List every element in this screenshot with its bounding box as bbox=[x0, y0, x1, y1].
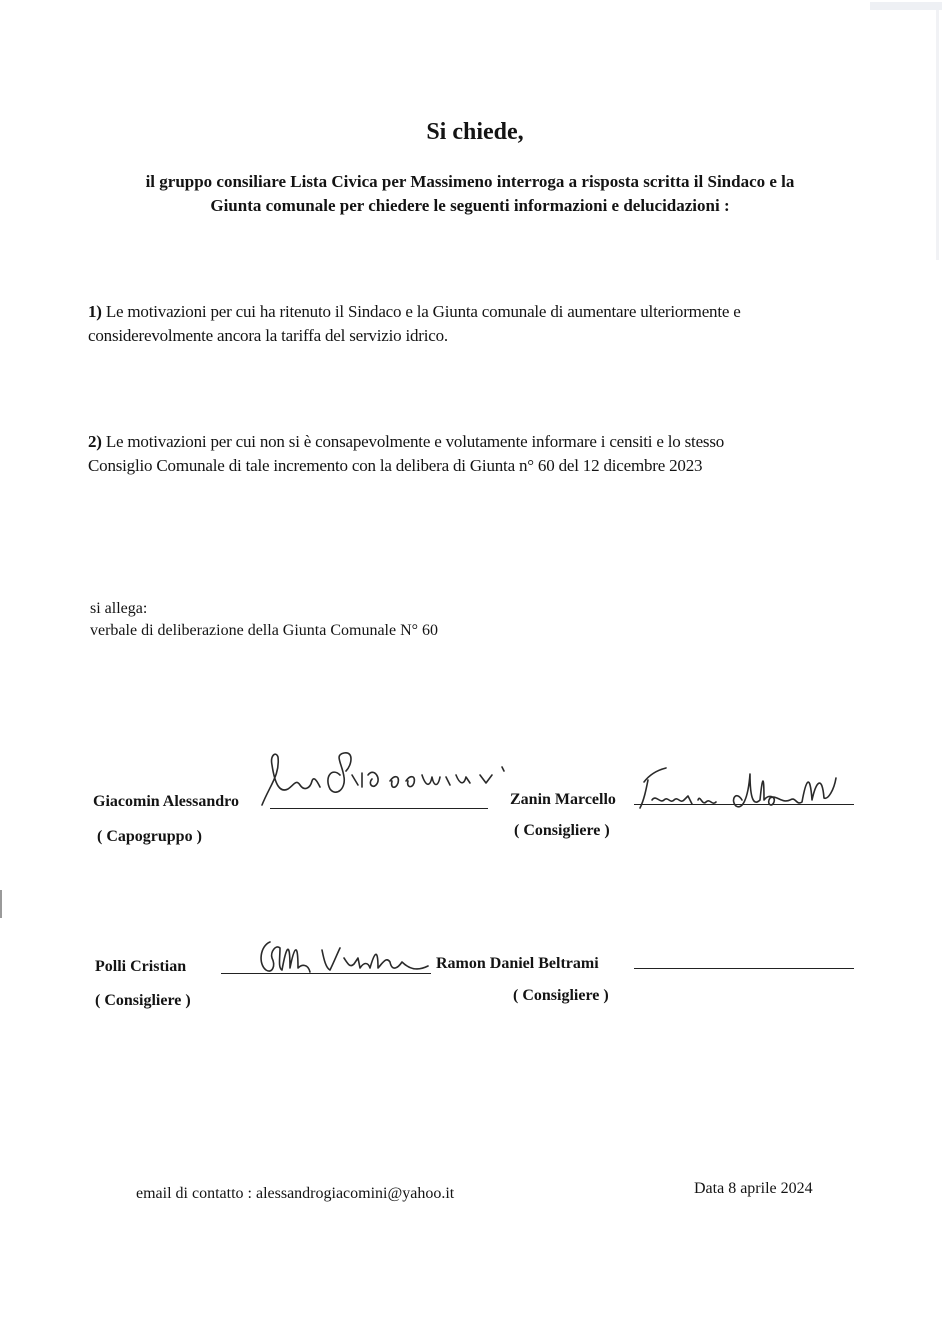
attachment-text: verbale di deliberazione della Giunta Co… bbox=[90, 620, 438, 642]
question-1-number: 1) bbox=[88, 302, 102, 321]
signatory-1-name: Giacomin Alessandro bbox=[93, 793, 239, 811]
signature-3-scribble bbox=[250, 928, 440, 983]
signatory-4-name: Ramon Daniel Beltrami bbox=[436, 955, 599, 973]
signatory-3-name: Polli Cristian bbox=[95, 958, 186, 976]
signatory-1-role: ( Capogruppo ) bbox=[97, 828, 202, 846]
signature-2-scribble bbox=[630, 760, 860, 820]
signatory-2-role: ( Consigliere ) bbox=[514, 822, 610, 840]
document-title: Si chiede, bbox=[0, 119, 950, 146]
signatory-4-role: ( Consigliere ) bbox=[513, 987, 609, 1005]
signatory-2-name: Zanin Marcello bbox=[510, 791, 616, 809]
scan-artifact-left bbox=[0, 890, 2, 918]
scan-artifact-top bbox=[870, 2, 942, 10]
document-date: Data 8 aprile 2024 bbox=[694, 1180, 813, 1198]
question-1-line-1: Le motivazioni per cui ha ritenuto il Si… bbox=[102, 302, 741, 321]
intro-line-2: Giunta comunale per chiedere le seguenti… bbox=[100, 194, 840, 218]
contact-email: email di contatto : alessandrogiacomini@… bbox=[136, 1185, 454, 1203]
signature-1-scribble bbox=[240, 745, 515, 815]
question-2-line-1: Le motivazioni per cui non si è consapev… bbox=[102, 432, 724, 451]
question-1-line-2: considerevolmente ancora la tariffa del … bbox=[88, 324, 741, 348]
question-2-line-2: Consiglio Comunale di tale incremento co… bbox=[88, 454, 724, 478]
signature-line-4[interactable] bbox=[634, 968, 854, 969]
attachment-label: si allega: bbox=[90, 598, 438, 620]
question-2: 2) Le motivazioni per cui non si è consa… bbox=[88, 430, 724, 478]
intro-line-1: il gruppo consiliare Lista Civica per Ma… bbox=[100, 170, 840, 194]
attachment-section: si allega: verbale di deliberazione dell… bbox=[90, 598, 438, 642]
intro-paragraph: il gruppo consiliare Lista Civica per Ma… bbox=[100, 170, 840, 218]
signatory-3-role: ( Consigliere ) bbox=[95, 992, 191, 1010]
question-1: 1) Le motivazioni per cui ha ritenuto il… bbox=[88, 300, 741, 348]
question-2-number: 2) bbox=[88, 432, 102, 451]
